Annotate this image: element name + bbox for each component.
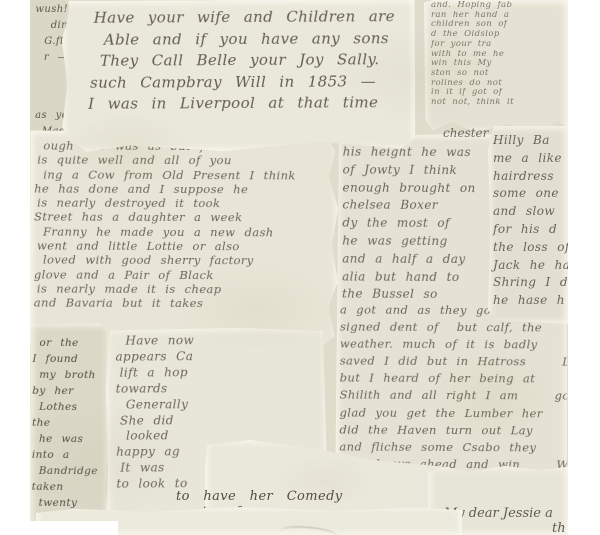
handwriting-line: he was	[30, 431, 110, 447]
handwriting-line: appears Ca	[105, 348, 327, 365]
handwriting-line: Street has a daughter a week	[30, 210, 338, 225]
handwriting-line: the loss of	[488, 239, 568, 257]
handwriting-line: I was in Liverpool at that time	[62, 92, 415, 115]
handwriting-line: loved with good sherry factory	[30, 253, 338, 268]
handwriting-line: me a like	[488, 150, 568, 168]
left-white-margin	[0, 0, 30, 535]
handwriting-line: and Bavaria but it takes	[30, 296, 338, 311]
handwriting-line: Bandridge	[30, 463, 110, 479]
handwriting-line: for his d	[488, 221, 568, 239]
handwriting-line: some one	[488, 185, 568, 203]
handwriting-line: and slow	[488, 203, 568, 221]
handwriting-line: taken	[30, 479, 110, 495]
handwriting-line: looked	[106, 428, 328, 445]
handwriting-line: and flichse some Csabo they and he	[339, 438, 567, 456]
handwriting-line: I found	[30, 351, 110, 367]
handwriting-line: is nearly made it is cheap	[30, 281, 338, 296]
right-white-margin	[568, 0, 600, 535]
handwriting-line: Lothes	[30, 399, 110, 415]
handwriting-line: did the Haven turn out Lay to school	[339, 421, 567, 439]
handwriting-line: They Call Belle your Joy Sally.	[62, 49, 415, 72]
handwriting-line: chelsea Boxer	[342, 197, 506, 216]
handwriting-line: wush!	[30, 2, 68, 18]
handwriting-line: ran her hand a	[424, 11, 568, 21]
handwriting-line: with to me he	[424, 50, 568, 60]
handwriting-line: is nearly destroyed it took	[30, 196, 338, 211]
handwriting-fragment-chester: chester	[443, 126, 488, 140]
handwriting-line: Jack he ha	[488, 257, 568, 275]
handwriting-line: not not, think it	[424, 98, 568, 108]
handwriting-line: hairdress	[488, 168, 568, 186]
middle-center-column: his height he wasof Jowty I thinkenough …	[342, 144, 507, 305]
handwriting-line: he was getting	[342, 233, 506, 252]
handwriting-line: towards	[106, 380, 328, 397]
handwriting-line: his height he was	[343, 144, 507, 163]
pencil-mark	[281, 524, 339, 535]
handwriting-line: saved I did but in Hatross Lane you	[340, 353, 568, 371]
handwriting-line: Franny he made you a new dash	[30, 224, 338, 239]
handwriting-line: such Campbray Will in 1853 —	[62, 71, 415, 94]
handwriting-line: glove and a Pair of Black	[30, 267, 338, 282]
handwriting-line: by her	[30, 383, 110, 399]
handwriting-line: in it if got of	[424, 88, 568, 98]
middle-wide-lines: a got and as they good alsosigned dent o…	[339, 302, 568, 474]
handwriting-line: or the	[30, 335, 110, 351]
handwriting-line: of Jowty I think	[343, 161, 507, 180]
handwriting-line: ing a Cow from Old Present I think	[30, 167, 338, 182]
paper-top-left-letter: Have your wife and Children areAble and …	[62, 0, 416, 152]
handwriting-line: d the Oldslop	[424, 30, 568, 40]
handwriting-line: glad you get the Lumber her little Lot	[340, 404, 568, 422]
paper-right-column: Hilly Bame a likehairdresssome oneand sl…	[488, 126, 568, 324]
handwriting-line: as ye	[30, 108, 68, 124]
handwriting-line: Shring I d	[488, 274, 568, 292]
handwriting-line: Hilly Ba	[488, 132, 568, 150]
handwriting-line: Have your wife and Children are	[62, 6, 415, 29]
handwriting-line: dy the most of	[342, 215, 506, 234]
handwriting-line: to have her Comedy	[176, 489, 446, 505]
handwriting-line: children son of	[424, 20, 568, 30]
paper-bottom-left-strip: or theI foundmy brothby herLothesthehe w…	[29, 323, 110, 535]
paper-middle-left-letter: ough and was as but foris quite well and…	[30, 130, 339, 351]
handwriting-line: but I heard of her being at the Bog	[340, 370, 568, 388]
handwriting-line: din	[30, 18, 68, 34]
handwriting-line: into a	[30, 447, 110, 463]
script-wallpaper-pattern: wush!dinG.ft.r — as yeMas. and. Hoping f…	[0, 0, 600, 535]
handwriting-line: is quite well and all of you	[30, 153, 338, 168]
handwriting-line: for your tra	[424, 40, 568, 50]
handwriting-line: went and little Lottie or also	[30, 239, 338, 254]
handwriting-line: Have now	[105, 332, 327, 349]
paper-top-right-letter: and. Hoping fabran her hand achildren so…	[424, 0, 568, 133]
handwriting-line: enough brought on	[342, 179, 506, 198]
handwriting-line: r —	[30, 50, 68, 66]
handwriting-line: the	[30, 415, 110, 431]
handwriting-line: Able and if you have any sons	[62, 28, 415, 51]
handwriting-line: weather. much of it is badly Jan as Ja	[340, 336, 568, 354]
handwriting-line: Shilith and all right I am going to	[340, 387, 568, 405]
handwriting-line: lift a hop	[106, 364, 328, 381]
handwriting-line: th	[552, 521, 566, 535]
handwriting-line: rolines do not	[424, 79, 568, 89]
handwriting-line: my broth	[30, 367, 110, 383]
handwriting-line: win this My	[424, 59, 568, 69]
handwriting-line: Generally	[106, 396, 328, 413]
handwriting-line: She did	[106, 412, 328, 429]
handwriting-line: he hase h	[488, 292, 568, 310]
handwriting-line: and. Hoping fab	[424, 1, 568, 11]
handwriting-line: twenty	[30, 495, 110, 511]
handwriting-line: alia but hand to	[342, 268, 506, 287]
handwriting-line: ston so not	[424, 69, 568, 79]
handwriting-line: he has done and I suppose he	[30, 181, 338, 196]
handwriting-line: and a half a day	[342, 250, 506, 269]
